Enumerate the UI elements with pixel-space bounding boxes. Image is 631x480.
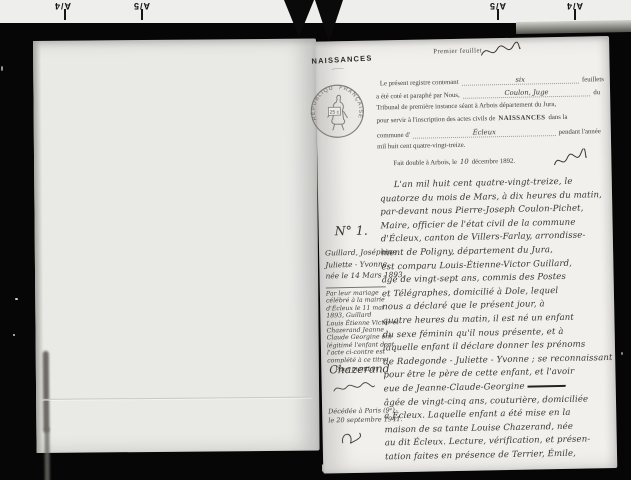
handwritten-insert: Coulon, Juge [463, 87, 591, 98]
form-print: commune d' [377, 132, 410, 140]
film-marker: A/4 [54, 1, 71, 11]
form-print: décembre 1892. [472, 158, 516, 166]
right-page-act: NAISSANCES —— RÉPUBLIQUE FRANÇAISE [315, 36, 617, 474]
registration-triangle-icon [284, 0, 314, 37]
crossed-out-word: ————— [527, 381, 565, 392]
margin-name-block: Guillard, Joséphine Juliette - Yvonne, n… [325, 246, 405, 282]
margin-scribble [332, 381, 376, 396]
handwritten-birth-act: L'an mil huit cent quatre-vingt-treize, … [380, 175, 619, 465]
dust-speck [1, 66, 3, 71]
form-print: a été coté et paraphé par Nous, [376, 92, 460, 101]
act-number: N° 1. [335, 223, 368, 239]
form-print-bold: NAISSANCES [498, 114, 545, 122]
handwritten-insert: Écleux [413, 127, 556, 139]
stamp-value: 25 c [330, 109, 340, 115]
form-print: Le présent registre contenant [380, 79, 459, 88]
form-print: du [593, 89, 600, 96]
section-title: NAISSANCES [311, 53, 373, 65]
death-mention: Décédée à Paris (9ᵉ) le 20 septembre 194… [328, 406, 402, 425]
microfilm-register-scan: A/4 A/5 A/5 A/4 NAISSANCES —— [0, 0, 631, 480]
film-marker-tick [574, 9, 576, 20]
signature-paraph [551, 148, 587, 171]
form-print: feuillets [582, 76, 604, 83]
handwritten-insert: 10 [460, 158, 469, 166]
section-rule: —— [331, 66, 343, 73]
form-print: mil huit cent quatre-vingt-treize. [377, 142, 465, 151]
dust-speck [621, 352, 623, 355]
left-page-blank [33, 39, 320, 453]
premier-feuillet-label: Premier feuillet [433, 47, 482, 55]
form-print: dans la [548, 114, 567, 121]
film-marker-tick [497, 9, 499, 20]
binding-smudge [43, 351, 50, 433]
form-print: Fait double à Arbois, le [393, 159, 457, 167]
dust-speck [13, 334, 15, 336]
republique-francaise-stamp: RÉPUBLIQUE FRANÇAISE 25 c [308, 81, 367, 147]
form-print: Tribunal de première instance séant à Ar… [376, 101, 556, 111]
act-margin-column: N° 1. Guillard, Joséphine Juliette - Yvo… [325, 220, 383, 221]
signature-paraph [479, 41, 521, 62]
marginal-mention: Par leur mariage célébré à la mairie d'É… [326, 286, 388, 374]
form-print: pour servir à l'inscription des actes ci… [377, 115, 496, 124]
film-marker-tick [141, 9, 143, 20]
dust-speck [15, 298, 18, 300]
page-crease [42, 397, 312, 400]
form-print: pendant l'année [559, 128, 601, 136]
margin-surname: Chazerand [329, 362, 390, 376]
registration-triangle-icon [315, 0, 343, 42]
printed-cover-formula: Le présent registre contenant six feuill… [376, 74, 600, 78]
signature-paraph [338, 429, 362, 447]
handwritten-insert: six [461, 75, 579, 86]
film-marker-tick [64, 9, 66, 20]
book-fore-edge [516, 20, 631, 34]
binding-smudge [44, 427, 50, 480]
